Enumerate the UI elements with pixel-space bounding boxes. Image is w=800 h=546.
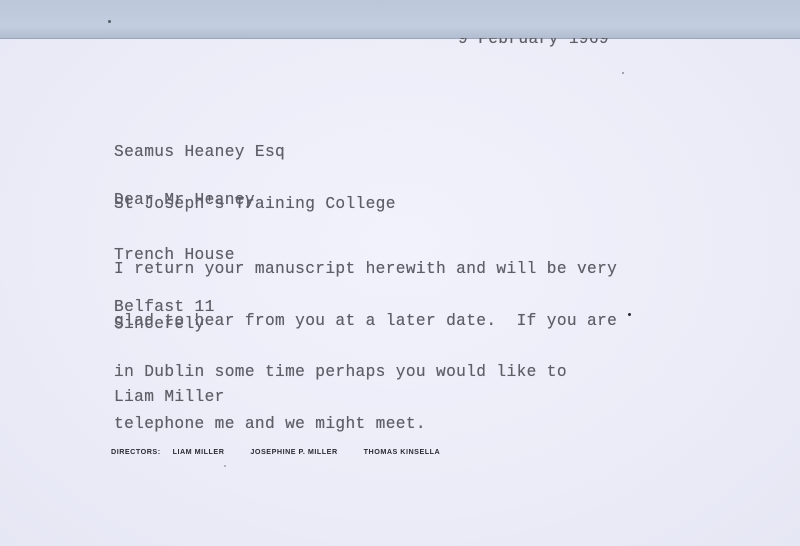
signature-name: Liam Miller [114, 389, 225, 406]
body-line: I return your manuscript herewith and wi… [114, 261, 617, 279]
closing: Sincerely [114, 316, 205, 333]
address-line: Seamus Heaney Esq [114, 144, 396, 162]
paper-speck [628, 313, 631, 316]
letterhead-directors-footer: DIRECTORS: LIAM MILLER JOSEPHINE P. MILL… [111, 447, 440, 456]
scanner-background-strip [0, 0, 800, 39]
directors-label: DIRECTORS: [111, 447, 161, 456]
director-name: THOMAS KINSELLA [364, 447, 441, 456]
letter-body: I return your manuscript herewith and wi… [114, 227, 617, 450]
body-line: in Dublin some time perhaps you would li… [114, 364, 617, 382]
paper-speck [224, 465, 226, 467]
salutation: Dear Mr Heaney [114, 192, 255, 209]
paper-speck [108, 20, 111, 23]
director-name: JOSEPHINE P. MILLER [250, 447, 337, 456]
director-name: LIAM MILLER [173, 447, 225, 456]
body-line: telephone me and we might meet. [114, 416, 617, 434]
paper-speck [622, 72, 624, 74]
